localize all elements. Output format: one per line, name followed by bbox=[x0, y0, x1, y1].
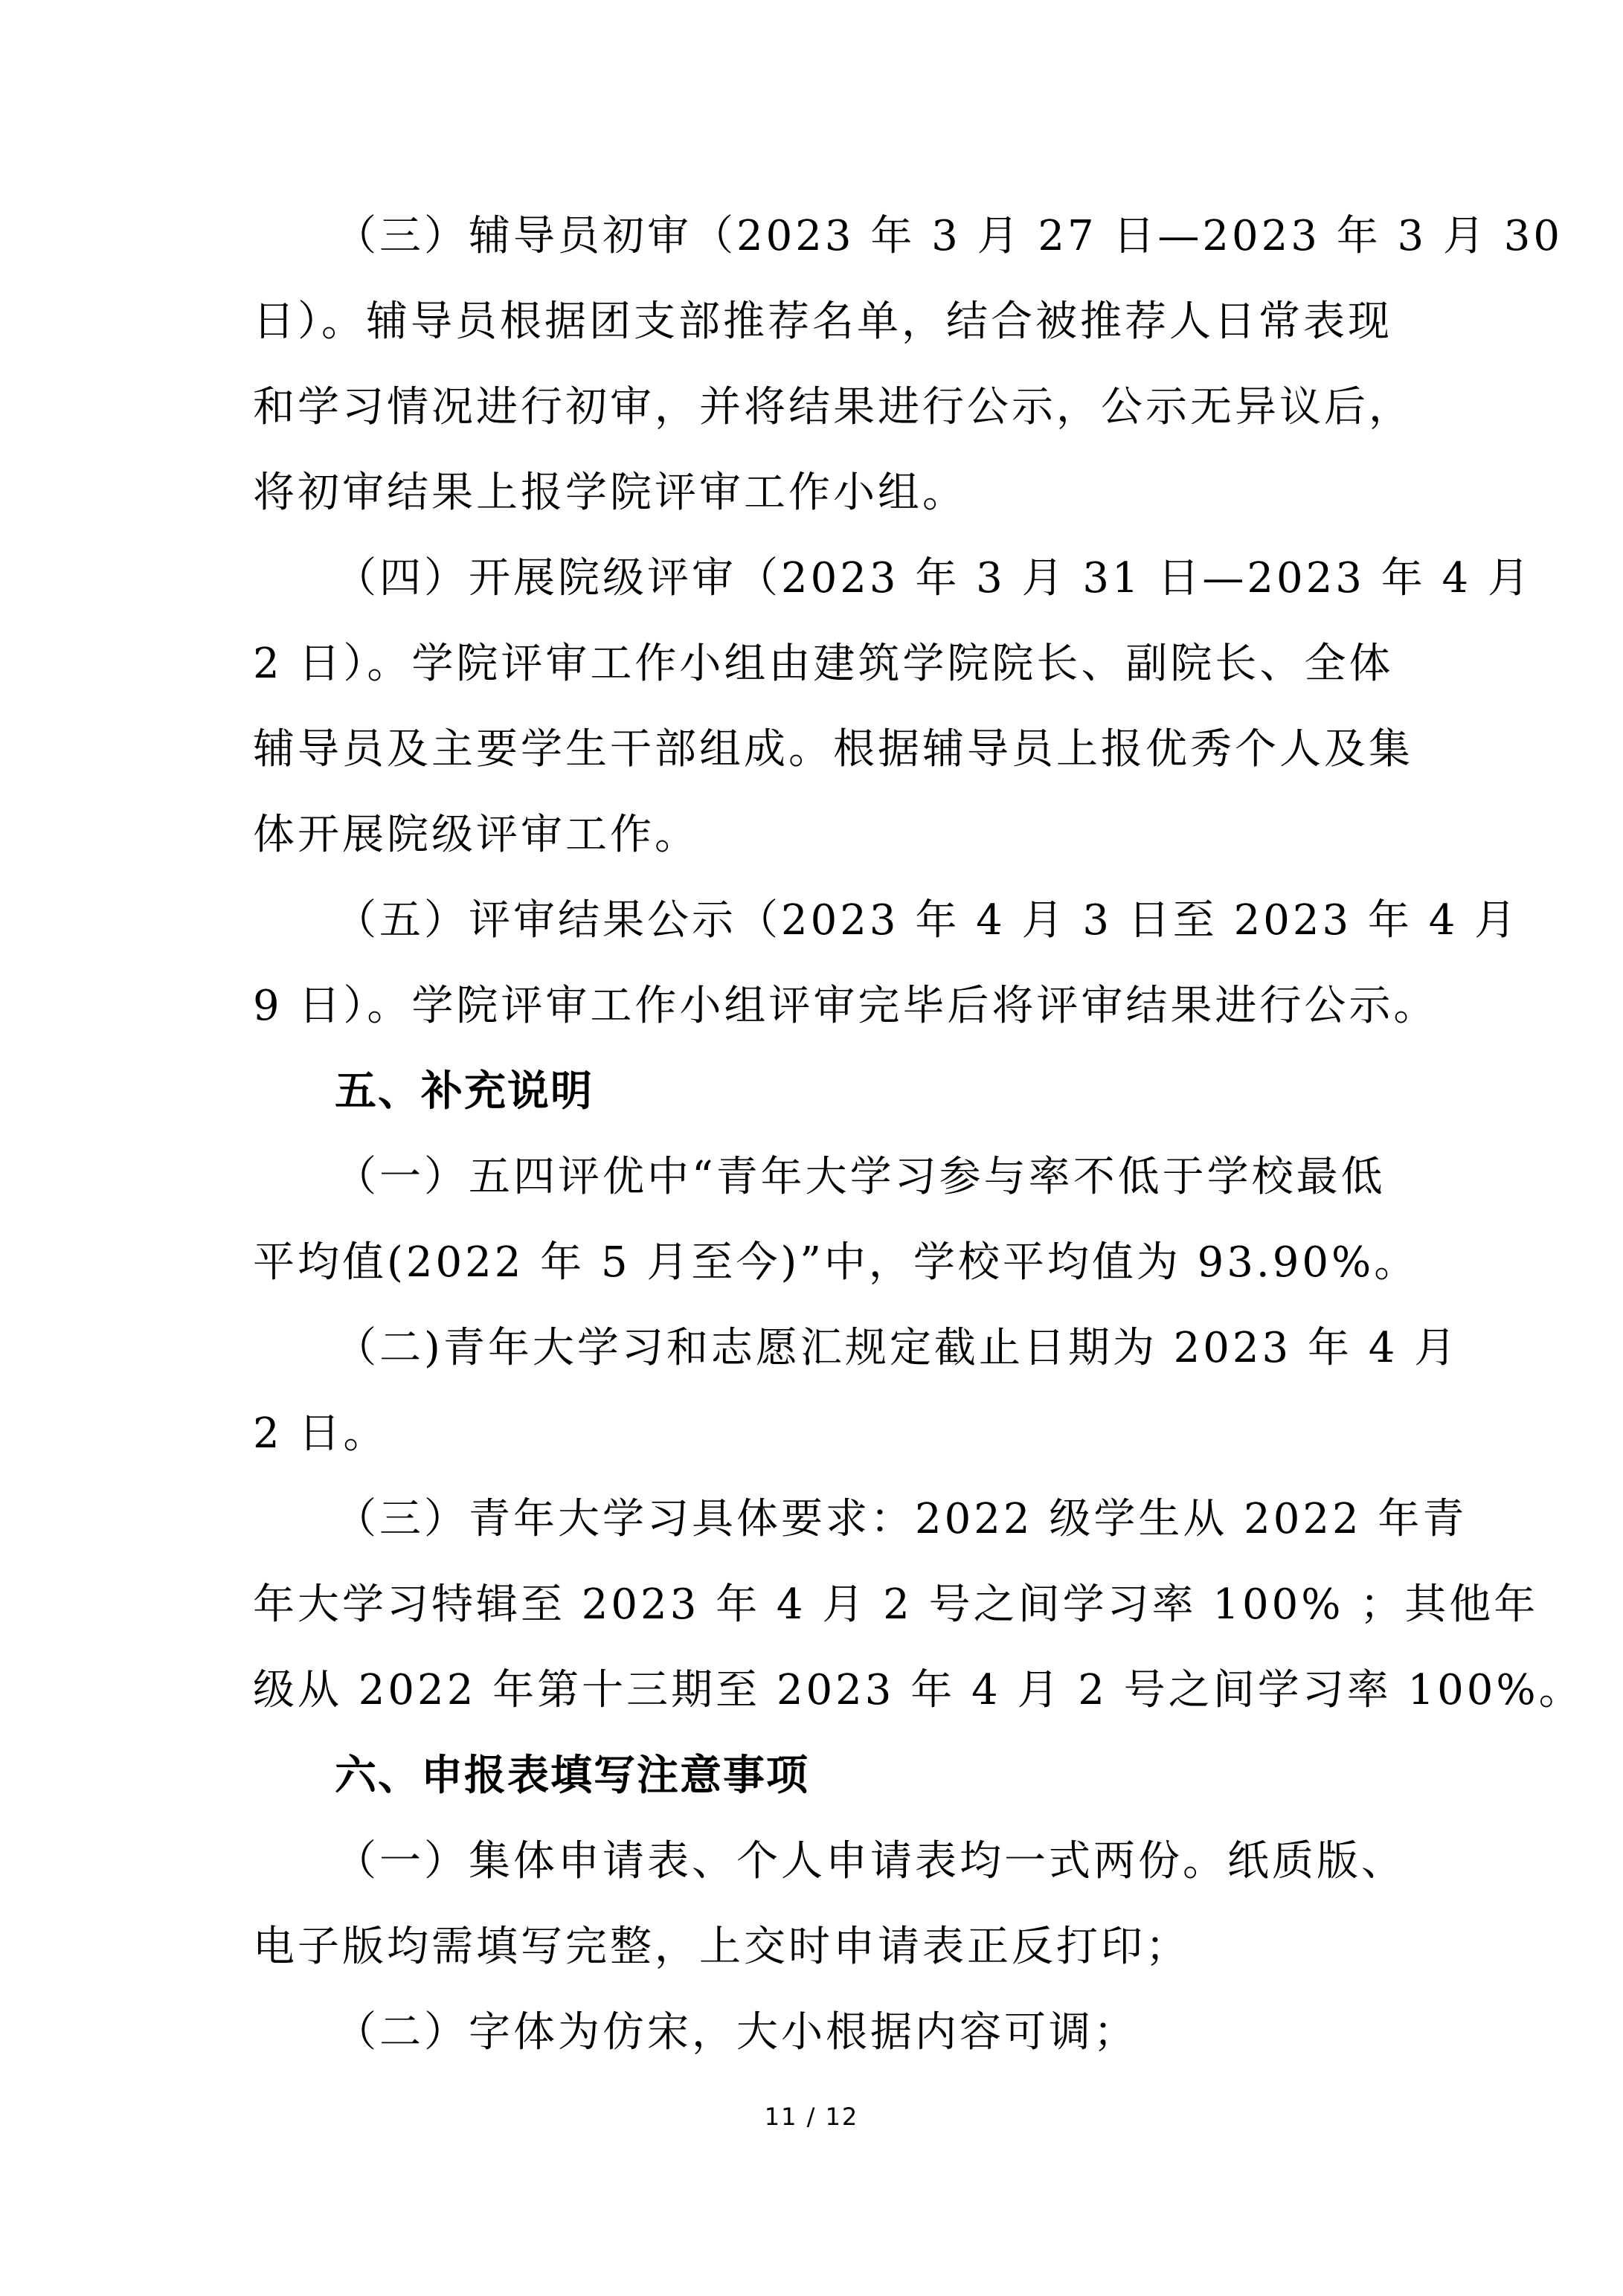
paragraph-line: 2 日）。学院评审工作小组由建筑学院院长、副院长、全体 bbox=[253, 637, 1380, 691]
section-heading-supplementary: 五、补充说明 bbox=[335, 1065, 594, 1119]
paragraph-line: 日）。辅导员根据团支部推荐名单，结合被推荐人日常表现 bbox=[253, 295, 1380, 349]
paragraph-line: 将初审结果上报学院评审工作小组。 bbox=[253, 466, 1380, 520]
paragraph-line: 年大学习特辑至 2023 年 4 月 2 号之间学习率 100% ；其他年 bbox=[253, 1578, 1380, 1632]
paragraph-line: （四）开展院级评审（2023 年 3 月 31 日—2023 年 4 月 bbox=[335, 552, 1380, 605]
paragraph-line: 级从 2022 年第十三期至 2023 年 4 月 2 号之间学习率 100%。 bbox=[253, 1664, 1380, 1717]
paragraph-line: （一）集体申请表、个人申请表均一式两份。纸质版、 bbox=[335, 1835, 1380, 1888]
section-heading-form-notes: 六、申报表填写注意事项 bbox=[335, 1749, 809, 1803]
paragraph-line: 和学习情况进行初审，并将结果进行公示，公示无异议后， bbox=[253, 381, 1380, 434]
document-page: （三）辅导员初审（2023 年 3 月 27 日—2023 年 3 月 30 日… bbox=[0, 0, 1623, 2296]
paragraph-line: （二）字体为仿宋，大小根据内容可调； bbox=[335, 2006, 1380, 2059]
page-number: 11 / 12 bbox=[0, 2102, 1623, 2132]
paragraph-line: 平均值(2022 年 5 月至今)”中，学校平均值为 93.90%。 bbox=[253, 1236, 1380, 1290]
paragraph-line: 辅导员及主要学生干部组成。根据辅导员上报优秀个人及集 bbox=[253, 723, 1380, 776]
paragraph-line: 体开展院级评审工作。 bbox=[253, 808, 1380, 862]
paragraph-line: 2 日。 bbox=[253, 1407, 1380, 1461]
paragraph-line: 电子版均需填写完整，上交时申请表正反打印； bbox=[253, 1920, 1380, 1974]
paragraph-line: （三）青年大学习具体要求：2022 级学生从 2022 年青 bbox=[335, 1493, 1380, 1546]
paragraph-line: （三）辅导员初审（2023 年 3 月 27 日—2023 年 3 月 30 bbox=[335, 210, 1380, 263]
paragraph-line: （二)青年大学习和志愿汇规定截止日期为 2023 年 4 月 bbox=[335, 1322, 1380, 1375]
paragraph-line: （五）评审结果公示（2023 年 4 月 3 日至 2023 年 4 月 bbox=[335, 894, 1380, 948]
paragraph-line: 9 日）。学院评审工作小组评审完毕后将评审结果进行公示。 bbox=[253, 980, 1380, 1033]
paragraph-line: （一）五四评优中“青年大学习参与率不低于学校最低 bbox=[335, 1151, 1380, 1204]
